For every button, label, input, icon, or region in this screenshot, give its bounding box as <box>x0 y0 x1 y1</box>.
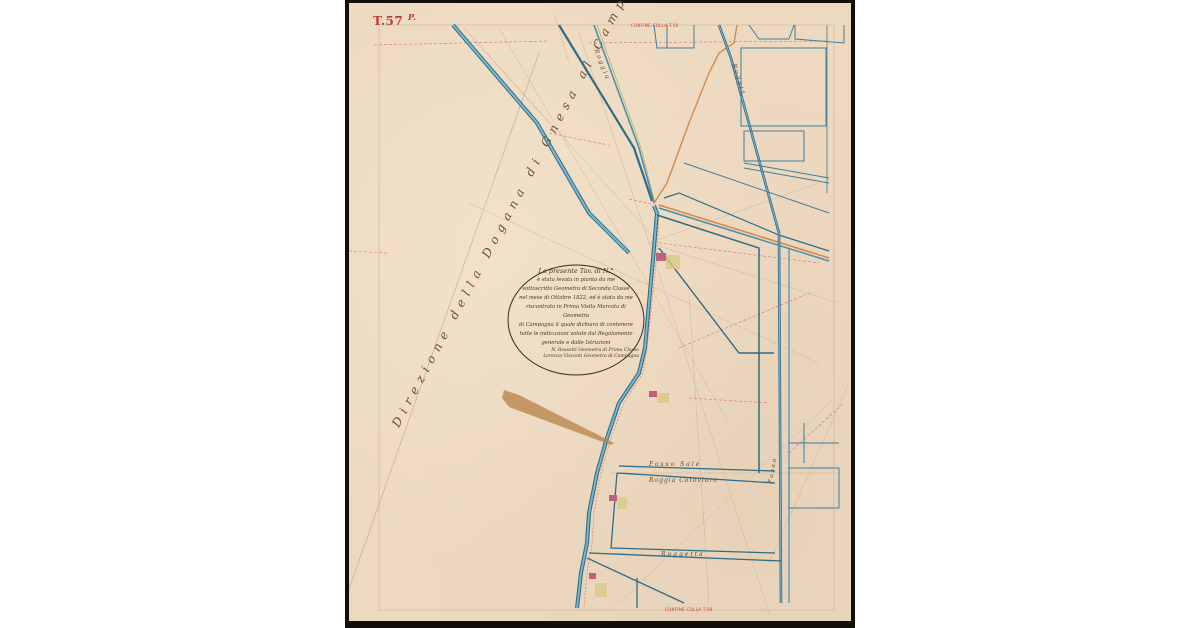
sheet-number: T.57 P. <box>373 12 416 28</box>
ink-stain <box>502 390 614 445</box>
canal-right <box>719 25 781 603</box>
parcel-blocks <box>654 25 844 508</box>
cadastral-map-sheet: T.57 P. CONFINE COLLA T.56 CONFINE COLLA… <box>349 3 851 621</box>
road-orange-east <box>659 205 829 258</box>
canal-label-roggia-cotoviaro: Roggia Cotoviaro <box>649 477 718 484</box>
cartouche-line: è stata levata in pianta da me <box>513 276 639 285</box>
canal-label-roggetta: Roggetta <box>661 551 705 558</box>
cartouche-line: sottoscritto Geometra di Seconda Classe <box>513 285 639 294</box>
survey-dashed-lines <box>349 41 844 453</box>
lower-ditches <box>587 466 781 608</box>
road-orange <box>654 25 737 203</box>
top-edge-label: CONFINE COLLA T.56 <box>631 23 678 28</box>
canal-roggia <box>594 25 654 203</box>
bottom-edge-label: CONFINE COLLA T.58 <box>665 607 712 612</box>
cartouche-line: generale e dalle Istruzioni <box>513 339 639 348</box>
cartouche-line: riscontrata in Prima Visita Marcata di G… <box>513 303 639 321</box>
sheet-id-text: T.57 <box>373 14 403 28</box>
cartouche-text: La presente Tav. di N.° è stata levata i… <box>513 267 639 360</box>
cartouche-title: La presente Tav. di N.° <box>513 267 639 276</box>
canal-label-fosso-sale: Fosso Sale <box>649 461 701 468</box>
sheet-suffix-text: P. <box>408 12 416 22</box>
cartouche-line: tutte le indicazioni volute dal Regolame… <box>513 330 639 339</box>
cartouche-line: di Campagna il quale dichiara di contene… <box>513 321 639 330</box>
cartouche-signature-2: Lorenzo Visconti Geometra di Campagna <box>513 354 639 360</box>
cartouche-line: nel mese di Ottobre 1822, ed è stata da … <box>513 294 639 303</box>
